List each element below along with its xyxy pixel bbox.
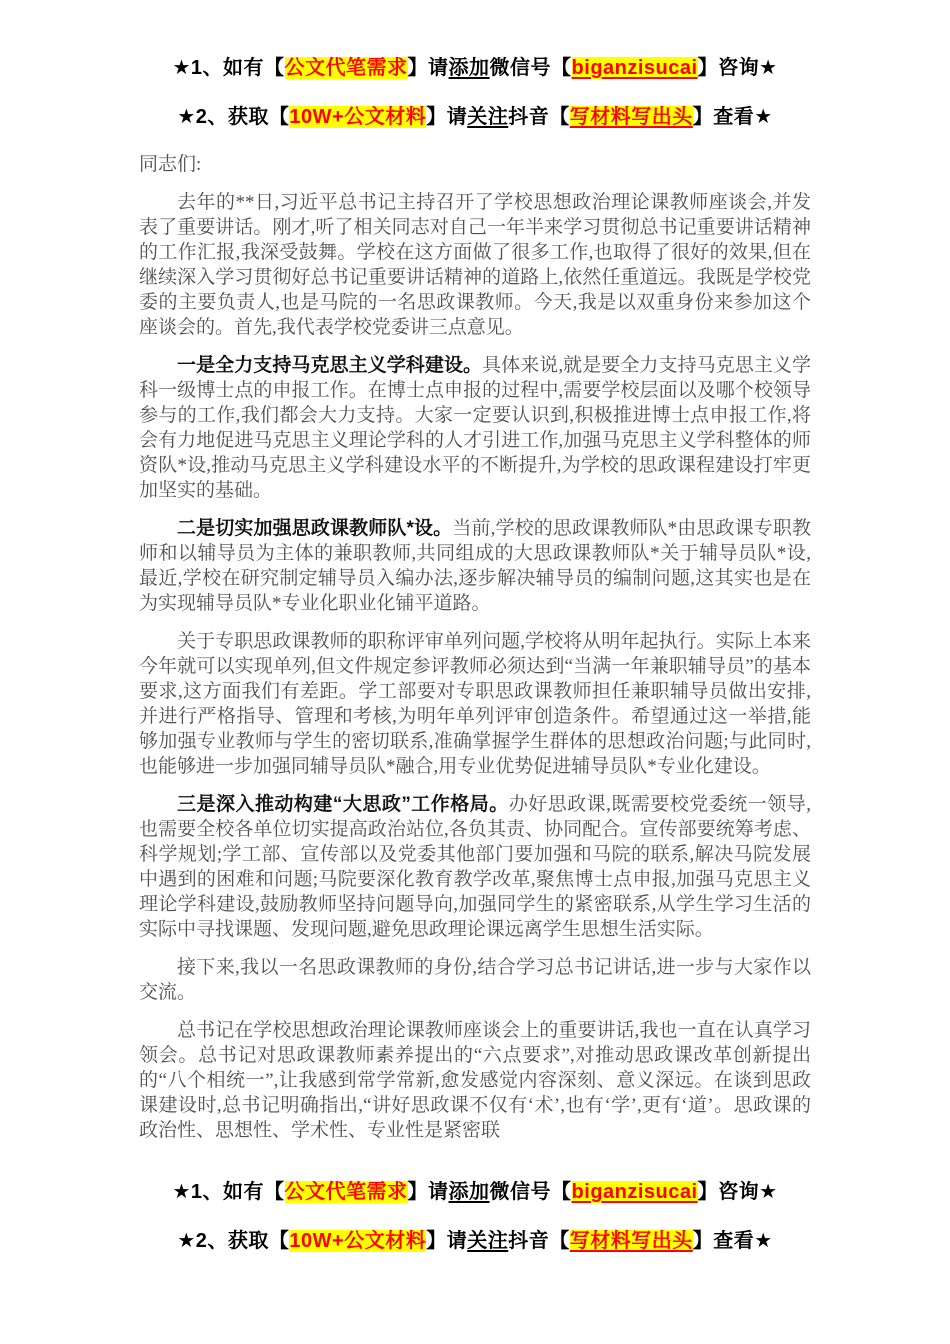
promo-line-2: ★2、获取【10W+公文材料】请关注抖音【写材料写出头】查看★ bbox=[0, 103, 950, 131]
underlined-text: 添加 bbox=[449, 1181, 490, 1203]
promo-text: ★1、如有【 bbox=[172, 1181, 284, 1203]
promo-text: ★1、如有【 bbox=[172, 57, 284, 79]
highlighted-underlined-text: biganzisucai bbox=[572, 1181, 698, 1203]
highlighted-text: 10W+公文材料 bbox=[289, 106, 426, 128]
paragraph-text: 办好思政课,既需要校党委统一领导,也需要全校各单位切实提高政治站位,各负其责、协… bbox=[139, 794, 811, 940]
paragraph-text: 具体来说,就是要全力支持马克思主义学科一级博士点的申报工作。在博士点申报的过程中… bbox=[139, 355, 811, 501]
promo-text: ★2、获取【 bbox=[177, 106, 289, 128]
underlined-text: 添加 bbox=[449, 57, 490, 79]
highlighted-text: 10W+公文材料 bbox=[289, 1230, 426, 1252]
paragraph: 一是全力支持马克思主义学科建设。具体来说,就是要全力支持马克思主义学科一级博士点… bbox=[139, 353, 811, 503]
document-body: 同志们: 去年的**日,习近平总书记主持召开了学校思想政治理论课教师座谈会,并发… bbox=[139, 152, 811, 1164]
paragraph-text: 去年的**日,习近平总书记主持召开了学校思想政治理论课教师座谈会,并发表了重要讲… bbox=[139, 192, 811, 338]
promo-text: 抖音【 bbox=[508, 1230, 570, 1252]
promo-text: 】咨询★ bbox=[698, 57, 778, 79]
paragraph-text: 接下来,我以一名思政课教师的身份,结合学习总书记讲话,进一步与大家作以交流。 bbox=[139, 957, 811, 1003]
underlined-text: 关注 bbox=[467, 1230, 508, 1252]
paragraph: 去年的**日,习近平总书记主持召开了学校思想政治理论课教师座谈会,并发表了重要讲… bbox=[139, 190, 811, 340]
highlighted-underlined-text: 写材料写出头 bbox=[570, 1230, 693, 1252]
promo-footer-line-2: ★2、获取【10W+公文材料】请关注抖音【写材料写出头】查看★ bbox=[0, 1227, 950, 1255]
paragraph: 总书记在学校思想政治理论课教师座谈会上的重要讲话,我也一直在认真学习领会。总书记… bbox=[139, 1018, 811, 1143]
underlined-text: 关注 bbox=[467, 106, 508, 128]
paragraph: 三是深入推动构建“大思政”工作格局。办好思政课,既需要校党委统一领导,也需要全校… bbox=[139, 792, 811, 942]
promo-header: ★1、如有【公文代笔需求】请添加微信号【biganzisucai】咨询★ ★2、… bbox=[0, 0, 950, 131]
highlighted-underlined-text: 写材料写出头 bbox=[570, 106, 693, 128]
paragraph: 接下来,我以一名思政课教师的身份,结合学习总书记讲话,进一步与大家作以交流。 bbox=[139, 955, 811, 1005]
paragraph: 二是切实加强思政课教师队*设。当前,学校的思政课教师队*由思政课专职教师和以辅导… bbox=[139, 516, 811, 616]
paragraph-lead: 三是深入推动构建“大思政”工作格局。 bbox=[177, 794, 509, 815]
promo-text: 】请 bbox=[408, 57, 449, 79]
promo-text: ★2、获取【 bbox=[177, 1230, 289, 1252]
paragraph-lead: 一是全力支持马克思主义学科建设。 bbox=[177, 355, 482, 376]
promo-text: 】查看★ bbox=[693, 106, 773, 128]
paragraphs: 去年的**日,习近平总书记主持召开了学校思想政治理论课教师座谈会,并发表了重要讲… bbox=[139, 190, 811, 1143]
salutation: 同志们: bbox=[139, 152, 811, 177]
promo-text: 抖音【 bbox=[508, 106, 570, 128]
promo-line-1: ★1、如有【公文代笔需求】请添加微信号【biganzisucai】咨询★ bbox=[0, 54, 950, 82]
paragraph: 关于专职思政课教师的职称评审单列问题,学校将从明年起执行。实际上本来今年就可以实… bbox=[139, 629, 811, 779]
highlighted-text: 公文代笔需求 bbox=[285, 57, 408, 79]
promo-text: 】查看★ bbox=[693, 1230, 773, 1252]
promo-footer: ★1、如有【公文代笔需求】请添加微信号【biganzisucai】咨询★ ★2、… bbox=[0, 1178, 950, 1276]
promo-text: 】请 bbox=[426, 106, 467, 128]
promo-text: 微信号【 bbox=[490, 1181, 572, 1203]
paragraph-lead: 二是切实加强思政课教师队*设。 bbox=[177, 518, 452, 539]
promo-footer-line-1: ★1、如有【公文代笔需求】请添加微信号【biganzisucai】咨询★ bbox=[0, 1178, 950, 1206]
promo-text: 微信号【 bbox=[490, 57, 572, 79]
paragraph-text: 总书记在学校思想政治理论课教师座谈会上的重要讲话,我也一直在认真学习领会。总书记… bbox=[139, 1020, 811, 1141]
promo-text: 】请 bbox=[408, 1181, 449, 1203]
highlighted-text: 公文代笔需求 bbox=[285, 1181, 408, 1203]
promo-text: 】咨询★ bbox=[698, 1181, 778, 1203]
document-page: ★1、如有【公文代笔需求】请添加微信号【biganzisucai】咨询★ ★2、… bbox=[0, 0, 950, 1344]
highlighted-underlined-text: biganzisucai bbox=[572, 57, 698, 79]
paragraph-text: 关于专职思政课教师的职称评审单列问题,学校将从明年起执行。实际上本来今年就可以实… bbox=[139, 631, 811, 777]
promo-text: 】请 bbox=[426, 1230, 467, 1252]
